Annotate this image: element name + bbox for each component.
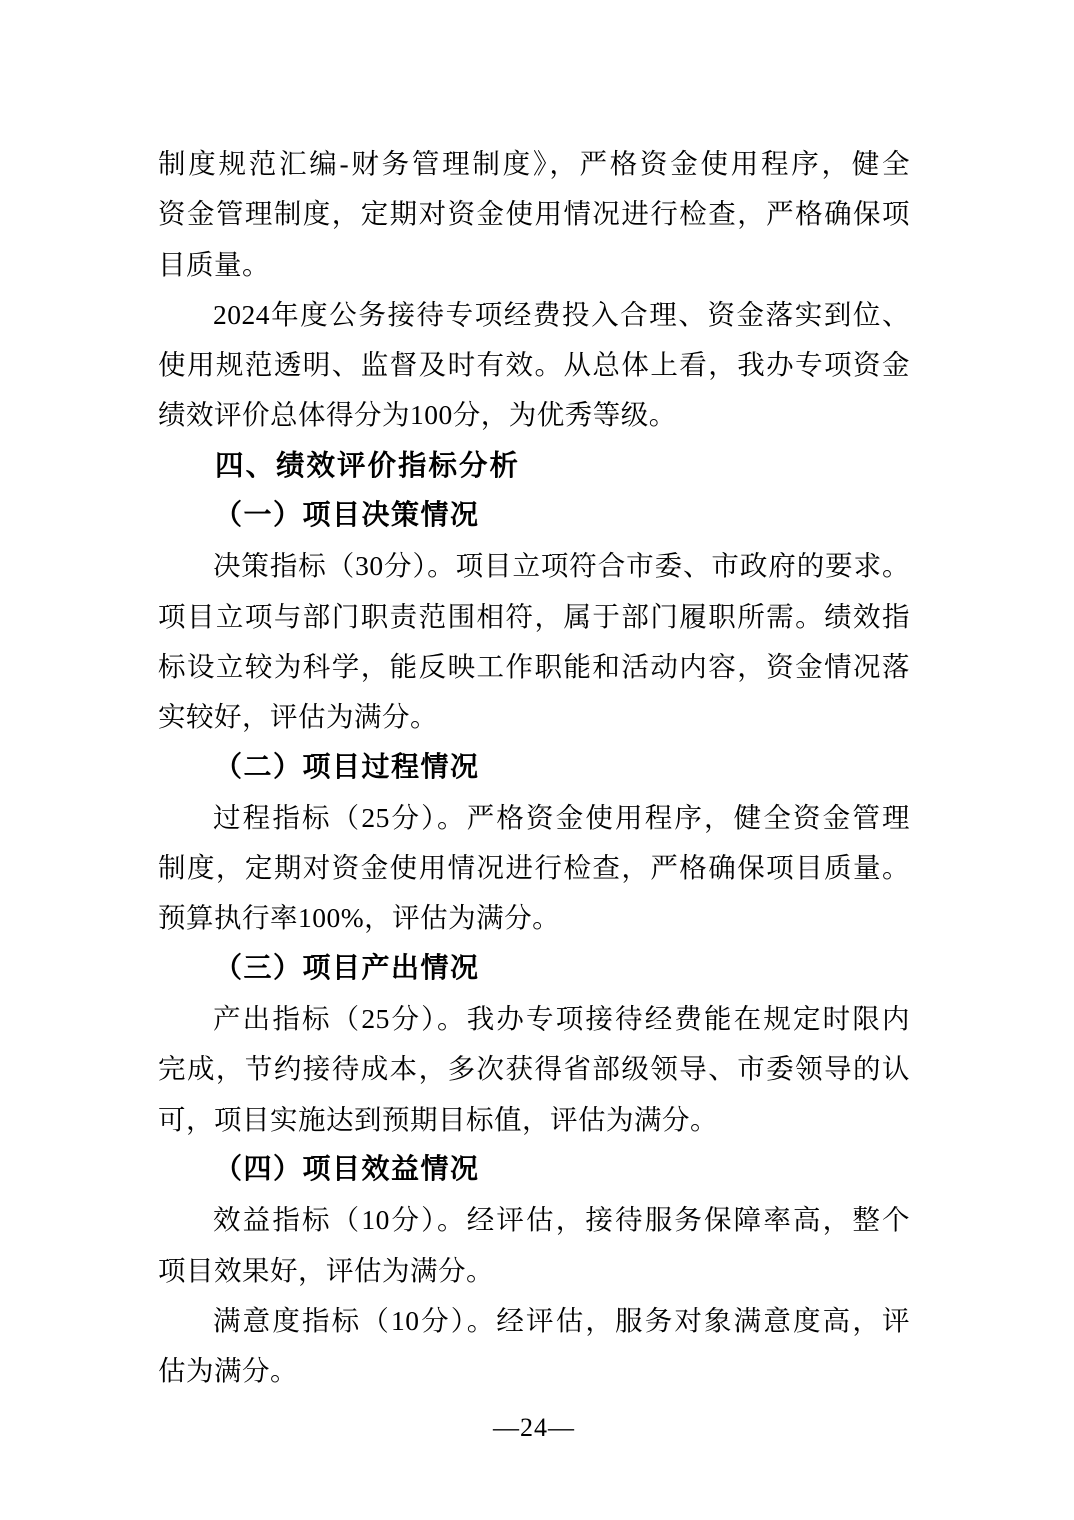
text-line: 目质量。 bbox=[158, 240, 910, 290]
subsection-heading: （四）项目效益情况 bbox=[158, 1145, 910, 1195]
text-line: 资金管理制度，定期对资金使用情况进行检查，严格确保项 bbox=[158, 189, 910, 239]
text-line: 预算执行率100%，评估为满分。 bbox=[158, 893, 910, 943]
text-line: 项目立项与部门职责范围相符，属于部门履职所需。绩效指 bbox=[158, 592, 910, 642]
document-page: 制度规范汇编-财务管理制度》，严格资金使用程序，健全 资金管理制度，定期对资金使… bbox=[0, 0, 1074, 1520]
text-line: 可，项目实施达到预期目标值，评估为满分。 bbox=[158, 1095, 910, 1145]
text-line: 制度规范汇编-财务管理制度》，严格资金使用程序，健全 bbox=[158, 139, 910, 189]
section-heading: 四、绩效评价指标分析 bbox=[158, 441, 910, 491]
text-line: 产出指标（25分）。我办专项接待经费能在规定时限内 bbox=[158, 994, 910, 1044]
text-line: 满意度指标（10分）。经评估，服务对象满意度高，评 bbox=[158, 1296, 910, 1346]
text-line: 估为满分。 bbox=[158, 1346, 910, 1396]
text-line: 2024年度公务接待专项经费投入合理、资金落实到位、 bbox=[158, 290, 910, 340]
paragraph: 效益指标（10分）。经评估，接待服务保障率高，整个 项目效果好，评估为满分。 bbox=[158, 1195, 910, 1296]
subsection-heading: （二）项目过程情况 bbox=[158, 743, 910, 793]
text-line: 完成，节约接待成本，多次获得省部级领导、市委领导的认 bbox=[158, 1044, 910, 1094]
text-line: 效益指标（10分）。经评估，接待服务保障率高，整个 bbox=[158, 1195, 910, 1245]
text-line: 制度，定期对资金使用情况进行检查，严格确保项目质量。 bbox=[158, 843, 910, 893]
text-line: 绩效评价总体得分为100分，为优秀等级。 bbox=[158, 390, 910, 440]
subsection-heading: （三）项目产出情况 bbox=[158, 944, 910, 994]
paragraph: 2024年度公务接待专项经费投入合理、资金落实到位、 使用规范透明、监督及时有效… bbox=[158, 290, 910, 441]
text-line: 实较好，评估为满分。 bbox=[158, 692, 910, 742]
text-line: 决策指标（30分）。项目立项符合市委、市政府的要求。 bbox=[158, 541, 910, 591]
paragraph: 产出指标（25分）。我办专项接待经费能在规定时限内 完成，节约接待成本，多次获得… bbox=[158, 994, 910, 1145]
text-line: 项目效果好，评估为满分。 bbox=[158, 1246, 910, 1296]
document-body: 制度规范汇编-财务管理制度》，严格资金使用程序，健全 资金管理制度，定期对资金使… bbox=[158, 139, 910, 1396]
subsection-heading: （一）项目决策情况 bbox=[158, 491, 910, 541]
paragraph: 决策指标（30分）。项目立项符合市委、市政府的要求。 项目立项与部门职责范围相符… bbox=[158, 541, 910, 742]
paragraph: 制度规范汇编-财务管理制度》，严格资金使用程序，健全 资金管理制度，定期对资金使… bbox=[158, 139, 910, 290]
text-line: 标设立较为科学，能反映工作职能和活动内容，资金情况落 bbox=[158, 642, 910, 692]
page-number: —24— bbox=[158, 1408, 910, 1448]
text-line: 使用规范透明、监督及时有效。从总体上看，我办专项资金 bbox=[158, 340, 910, 390]
paragraph: 过程指标（25分）。严格资金使用程序，健全资金管理 制度，定期对资金使用情况进行… bbox=[158, 793, 910, 944]
paragraph: 满意度指标（10分）。经评估，服务对象满意度高，评 估为满分。 bbox=[158, 1296, 910, 1397]
text-line: 过程指标（25分）。严格资金使用程序，健全资金管理 bbox=[158, 793, 910, 843]
